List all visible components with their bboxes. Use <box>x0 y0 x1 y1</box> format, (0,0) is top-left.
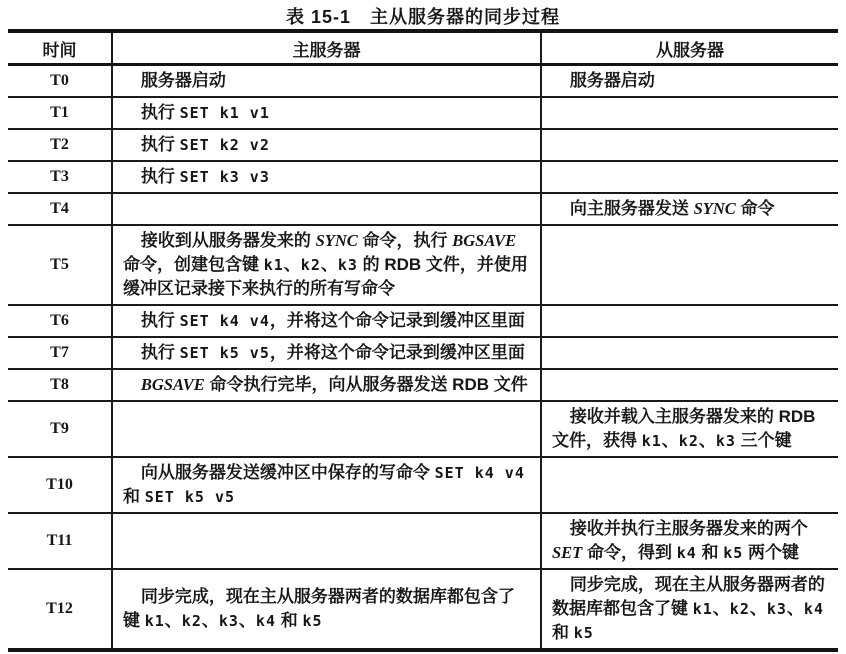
table-row: T9接收并载入主服务器发来的 RDB 文件，获得 k1、k2、k3 三个键 <box>8 401 838 457</box>
master-cell: 服务器启动 <box>112 65 541 98</box>
text-segment-code: SET k4 v4 <box>435 464 525 482</box>
time-cell: T1 <box>8 97 112 129</box>
slave-cell: 同步完成，现在主从服务器两者的数据库都包含了键 k1、k2、k3、k4 和 k5 <box>541 569 838 650</box>
table-caption: 表 15-1 主从服务器的同步过程 <box>0 0 846 29</box>
table-row: T11接收并执行主服务器发来的两个 SET 命令，得到 k4 和 k5 两个键 <box>8 513 838 569</box>
slave-cell: 接收并执行主服务器发来的两个 SET 命令，得到 k4 和 k5 两个键 <box>541 513 838 569</box>
time-cell: T3 <box>8 161 112 193</box>
time-cell: T6 <box>8 305 112 337</box>
master-cell <box>112 193 541 225</box>
text-segment-em: BGSAVE <box>452 231 516 250</box>
table-row: T6执行 SET k4 v4，并将这个命令记录到缓冲区里面 <box>8 305 838 337</box>
time-cell: T2 <box>8 129 112 161</box>
master-cell: 执行 SET k3 v3 <box>112 161 541 193</box>
slave-cell <box>541 457 838 513</box>
text-segment-cjk: 、 <box>165 611 182 630</box>
text-segment-code: k1 <box>264 256 284 274</box>
table-row: T10向从服务器发送缓冲区中保存的写命令 SET k4 v4 和 SET k5 … <box>8 457 838 513</box>
text-segment-code: k5 <box>574 624 594 642</box>
col-header-master: 主服务器 <box>112 31 541 65</box>
text-segment-cjk: 接收并执行主服务器发来的两个 <box>570 519 808 538</box>
text-segment-em: SYNC <box>694 199 736 218</box>
text-segment-code: k2 <box>679 432 699 450</box>
slave-cell <box>541 225 838 305</box>
time-cell: T0 <box>8 65 112 98</box>
master-cell: 执行 SET k5 v5，并将这个命令记录到缓冲区里面 <box>112 337 541 369</box>
table-row: T7执行 SET k5 v5，并将这个命令记录到缓冲区里面 <box>8 337 838 369</box>
header-row: 时间 主服务器 从服务器 <box>8 31 838 65</box>
text-segment-code: k1 <box>693 600 713 618</box>
table-header: 时间 主服务器 从服务器 <box>8 31 838 65</box>
text-segment-cjk: 执行 <box>141 103 180 122</box>
master-cell: 向从服务器发送缓冲区中保存的写命令 SET k4 v4 和 SET k5 v5 <box>112 457 541 513</box>
master-cell: 同步完成，现在主从服务器两者的数据库都包含了键 k1、k2、k3、k4 和 k5 <box>112 569 541 650</box>
time-cell: T10 <box>8 457 112 513</box>
text-segment-em: SYNC <box>316 231 358 250</box>
table-row: T4向主服务器发送 SYNC 命令 <box>8 193 838 225</box>
slave-cell: 服务器启动 <box>541 65 838 98</box>
text-segment-cjk: 和 <box>123 487 145 506</box>
slave-cell <box>541 305 838 337</box>
slave-cell: 向主服务器发送 SYNC 命令 <box>541 193 838 225</box>
text-segment-code: SET k5 v5 <box>180 344 270 362</box>
text-segment-cjk: ，并将这个命令记录到缓冲区里面 <box>270 311 525 330</box>
text-segment-cjk: 两个键 <box>743 543 799 562</box>
text-segment-cjk: 执行 <box>141 135 180 154</box>
text-segment-code: k1 <box>642 432 662 450</box>
text-segment-cjk: 、 <box>321 255 338 274</box>
text-segment-code: k5 <box>302 612 322 630</box>
text-segment-cjk: 、 <box>699 431 716 450</box>
slave-cell <box>541 97 838 129</box>
time-cell: T12 <box>8 569 112 650</box>
text-segment-code: SET k4 v4 <box>180 312 270 330</box>
master-cell <box>112 401 541 457</box>
text-segment-cjk: ，并将这个命令记录到缓冲区里面 <box>270 343 525 362</box>
text-segment-code: k3 <box>219 612 239 630</box>
text-segment-cjk: 、 <box>662 431 679 450</box>
slave-cell <box>541 129 838 161</box>
time-cell: T11 <box>8 513 112 569</box>
text-segment-code: k2 <box>301 256 321 274</box>
text-segment-code: k2 <box>730 600 750 618</box>
text-segment-cjk: 命令，创建包含键 <box>123 255 264 274</box>
text-segment-code: SET k1 v1 <box>180 104 270 122</box>
time-cell: T5 <box>8 225 112 305</box>
slave-cell <box>541 161 838 193</box>
text-segment-code: k4 <box>256 612 276 630</box>
text-segment-code: k3 <box>338 256 358 274</box>
text-segment-cjk: 向从服务器发送缓冲区中保存的写命令 <box>141 463 435 482</box>
text-segment-code: k4 <box>677 544 697 562</box>
table-body: T0服务器启动服务器启动T1执行 SET k1 v1T2执行 SET k2 v2… <box>8 65 838 651</box>
master-cell: 执行 SET k2 v2 <box>112 129 541 161</box>
text-segment-cjk: 、 <box>202 611 219 630</box>
text-segment-cjk: 执行 <box>141 167 180 186</box>
text-segment-em: SET <box>552 543 582 562</box>
time-cell: T7 <box>8 337 112 369</box>
text-segment-code: k2 <box>182 612 202 630</box>
master-cell <box>112 513 541 569</box>
text-segment-cjk: 服务器启动 <box>141 71 226 90</box>
text-segment-cjk: 、 <box>787 599 804 618</box>
text-segment-cjk: 命令 <box>736 199 775 218</box>
table-row: T0服务器启动服务器启动 <box>8 65 838 98</box>
text-segment-code: k3 <box>716 432 736 450</box>
master-cell: BGSAVE 命令执行完毕，向从服务器发送 RDB 文件 <box>112 369 541 401</box>
text-segment-cjk: 、 <box>750 599 767 618</box>
text-segment-cjk: 接收到从服务器发来的 <box>141 231 316 250</box>
master-cell: 执行 SET k1 v1 <box>112 97 541 129</box>
time-cell: T8 <box>8 369 112 401</box>
slave-cell <box>541 337 838 369</box>
text-segment-cjk: 命令，得到 <box>582 543 676 562</box>
slave-cell <box>541 369 838 401</box>
time-cell: T4 <box>8 193 112 225</box>
text-segment-cjk: 、 <box>713 599 730 618</box>
text-segment-code: k5 <box>723 544 743 562</box>
text-segment-code: SET k3 v3 <box>180 168 270 186</box>
text-segment-cjk: 命令执行完毕，向从服务器发送 RDB 文件 <box>205 375 528 394</box>
text-segment-cjk: 向主服务器发送 <box>570 199 694 218</box>
text-segment-em: BGSAVE <box>141 375 205 394</box>
text-segment-cjk: 执行 <box>141 343 180 362</box>
col-header-slave: 从服务器 <box>541 31 838 65</box>
text-segment-code: k1 <box>145 612 165 630</box>
table-row: T12同步完成，现在主从服务器两者的数据库都包含了键 k1、k2、k3、k4 和… <box>8 569 838 650</box>
slave-cell: 接收并载入主服务器发来的 RDB 文件，获得 k1、k2、k3 三个键 <box>541 401 838 457</box>
text-segment-code: SET k2 v2 <box>180 136 270 154</box>
text-segment-code: k4 <box>804 600 824 618</box>
text-segment-cjk: 和 <box>552 623 574 642</box>
text-segment-cjk: 和 <box>276 611 302 630</box>
text-segment-cjk: 命令，执行 <box>358 231 452 250</box>
text-segment-code: k3 <box>767 600 787 618</box>
table-row: T8BGSAVE 命令执行完毕，向从服务器发送 RDB 文件 <box>8 369 838 401</box>
text-segment-cjk: 服务器启动 <box>570 71 655 90</box>
master-cell: 接收到从服务器发来的 SYNC 命令，执行 BGSAVE 命令，创建包含键 k1… <box>112 225 541 305</box>
text-segment-cjk: 和 <box>697 543 723 562</box>
table-row: T1执行 SET k1 v1 <box>8 97 838 129</box>
sync-process-table: 时间 主服务器 从服务器 T0服务器启动服务器启动T1执行 SET k1 v1T… <box>8 29 838 652</box>
book-page: 表 15-1 主从服务器的同步过程 时间 主服务器 从服务器 T0服务器启动服务… <box>0 0 846 652</box>
table-row: T3执行 SET k3 v3 <box>8 161 838 193</box>
text-segment-cjk: 、 <box>239 611 256 630</box>
text-segment-cjk: 执行 <box>141 311 180 330</box>
col-header-time: 时间 <box>8 31 112 65</box>
text-segment-cjk: 三个键 <box>736 431 792 450</box>
table-row: T5接收到从服务器发来的 SYNC 命令，执行 BGSAVE 命令，创建包含键 … <box>8 225 838 305</box>
time-cell: T9 <box>8 401 112 457</box>
text-segment-cjk: 、 <box>284 255 301 274</box>
text-segment-code: SET k5 v5 <box>145 488 235 506</box>
table-row: T2执行 SET k2 v2 <box>8 129 838 161</box>
master-cell: 执行 SET k4 v4，并将这个命令记录到缓冲区里面 <box>112 305 541 337</box>
